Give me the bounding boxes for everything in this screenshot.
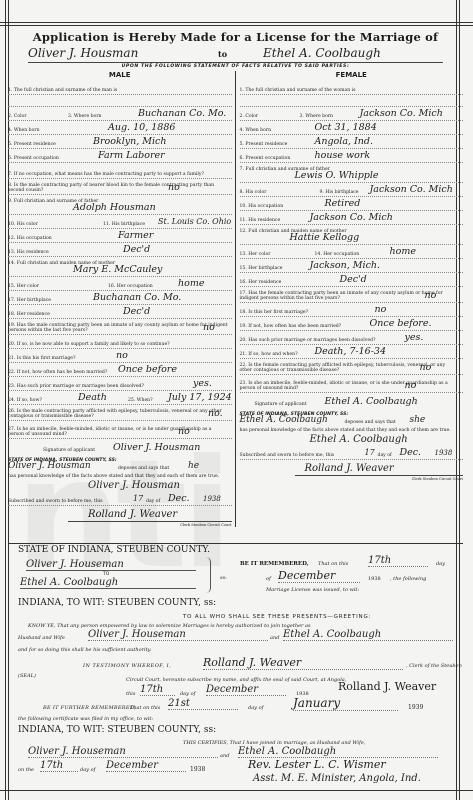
on-the-label: on the — [18, 767, 34, 773]
field-number: 20. — [8, 342, 15, 347]
field-label: When born — [245, 128, 271, 133]
field-label: His color — [245, 190, 266, 195]
field-value: Buchanan Co. Mo. — [138, 109, 226, 119]
field-label: Has such prior marriage or marriages bee… — [248, 338, 375, 343]
field-label: Has the female contracting party been an… — [240, 291, 443, 301]
field-times-married: 22. If not, how often has he been marrie… — [8, 364, 232, 377]
section-divider — [8, 543, 463, 544]
field-disease: 22. Is the female contracting party affl… — [240, 360, 464, 375]
field-mother: 12. Full christian and maiden name of mo… — [240, 226, 464, 245]
field-number: 13. — [8, 250, 15, 255]
and-label: and — [270, 635, 279, 641]
pronoun: he — [188, 463, 199, 469]
field-number: 4. — [8, 128, 12, 133]
border-line — [0, 22, 473, 23]
field-label: Is this her first marriage? — [248, 310, 308, 315]
field-value: home — [390, 247, 416, 257]
field-label: His residence — [248, 218, 280, 223]
sworn-day: 17 — [365, 448, 375, 458]
field-label: Her residence — [248, 280, 281, 285]
filed-year: 1939 — [408, 704, 423, 711]
filed-month: January — [293, 696, 398, 711]
license-issued-text: Marriage License was issued, to wit: — [266, 587, 359, 593]
day-of-label: day of — [248, 705, 263, 711]
female-heading: FEMALE — [240, 71, 464, 82]
field-value: Angola, Ind. — [315, 137, 374, 147]
field-value: Once before. — [370, 319, 432, 329]
field-number: 25. — [128, 398, 135, 403]
border-line — [0, 790, 473, 791]
field-number: 6. — [240, 156, 244, 161]
field-label: The full christian and surname of the wo… — [245, 88, 355, 93]
clerk-of-text: , Clerk of the Steuben — [406, 663, 462, 669]
to-wit-heading: INDIANA, TO WIT: STEUBEN COUNTY, ss: — [18, 598, 216, 608]
field-number: 11. — [103, 222, 110, 227]
field-number: 18. — [240, 310, 247, 315]
field-label: Present residence — [14, 142, 56, 147]
field-label: Present occupation — [14, 156, 59, 161]
field-label: Is she an imbecile, feeble-minded, idiot… — [240, 381, 448, 391]
license-bride: Ethel A. Coolbaugh — [20, 577, 196, 589]
field-her-birthplace: 17. Her birthplace Buchanan Co. Mo. — [8, 292, 232, 305]
authority-text: and for so doing this shall be his suffi… — [18, 647, 151, 653]
clerk-signature: Rolland J. Weaver — [88, 510, 177, 520]
married-month: December — [106, 760, 186, 772]
field-label: If not, how often has he been married? — [17, 370, 108, 375]
field-her-color-occupation: 13. Her color 14. Her occupation home — [240, 246, 464, 259]
sworn-row: Subscribed and sworn to before me, this … — [240, 447, 464, 460]
bride-name: Ethel A. Coolbaugh — [263, 46, 381, 60]
remembered-label: BE IT REMEMBERED, — [240, 561, 309, 567]
husband-wife-label: Husband and Wife — [18, 635, 65, 641]
this-label: this — [126, 691, 135, 697]
field-number: 9. — [320, 190, 324, 195]
married-year: 1938 — [190, 766, 205, 773]
greeting: TO ALL WHO SHALL SEE THESE PRESENTS—GREE… — [183, 614, 371, 620]
field-residence: 5. Present residence Angola, Ind. — [240, 136, 464, 149]
field-value: Dec'd — [123, 307, 150, 317]
field-value: Hattie Kellogg — [290, 233, 360, 243]
field-label: Color — [14, 114, 27, 119]
field-her-residence: 18. Her residence Dec'd — [8, 306, 232, 319]
sworn-year: 1938 — [435, 448, 453, 458]
field-dissolved: 20. Has such prior marriage or marriages… — [240, 332, 464, 345]
field-number: 10. — [240, 204, 247, 209]
field-value: Brooklyn, Mich — [93, 137, 167, 147]
field-number: 24. — [8, 398, 15, 403]
to-label: to — [218, 49, 227, 59]
sworn-year: 1938 — [203, 494, 221, 504]
field-label: Her birthplace — [248, 266, 282, 271]
field-value: yes. — [193, 379, 212, 389]
field-label: Is the female contracting party afflicte… — [240, 363, 446, 373]
field-label: If not, how often has she been married? — [248, 324, 341, 329]
field-label: Where born — [74, 114, 102, 119]
license-groom: Oliver J. Houseman — [26, 559, 196, 571]
field-label: His occupation — [17, 236, 52, 241]
field-value: Adolph Housman — [73, 203, 156, 213]
field-her-color-occupation: 15. Her color 16. Her occupation home — [8, 278, 232, 291]
field-label: His birthplace — [112, 222, 145, 227]
field-value: Dec'd — [340, 275, 367, 285]
deposition: Ethel A. Coolbaugh deposes and says that… — [240, 417, 464, 447]
field-value: Retired — [325, 199, 361, 209]
field-his-residence: 11. His residence Jackson Co. Mich — [240, 212, 464, 225]
field-value: no — [425, 291, 437, 301]
clerk-signature-row: Rolland J. Weaver — [295, 461, 464, 476]
field-label: Color — [245, 114, 258, 119]
field-number: 12. — [8, 236, 15, 241]
field-number: 16. — [108, 284, 115, 289]
field-times-married: 19. If not, how often has she been marri… — [240, 318, 464, 331]
field-first-marriage: 18. Is this her first marriage? no — [240, 304, 464, 317]
field-how-when: 24. If so, how? Death 25. When? July 17,… — [8, 392, 232, 405]
field-number: 16. — [240, 280, 247, 285]
field-number: 13. — [240, 252, 247, 257]
document-title: Application is Hereby Made for a License… — [8, 30, 463, 44]
certificate-husband: Oliver J. Houseman — [28, 746, 218, 758]
field-dissolved: 23. Has such prior marriage or marriages… — [8, 378, 232, 391]
applicant-signature: Oliver J. Housman — [113, 443, 200, 453]
field-number: 2. — [240, 114, 244, 119]
marriage-application: Application is Hereby Made for a License… — [8, 28, 463, 527]
field-label: Her color — [17, 284, 39, 289]
field-value: no — [116, 351, 128, 361]
sworn-text: Subscribed and sworn to before me, this — [8, 499, 103, 504]
field-label: His birthplace — [325, 190, 358, 195]
license-wife: Ethel A. Coolbaugh — [283, 629, 453, 641]
field-his-residence: 13. His residence Dec'd — [8, 244, 232, 257]
field-number: 21. — [8, 356, 15, 361]
sworn-text: Subscribed and sworn to before me, this — [240, 453, 335, 458]
field-value: Jackson Co. Mich — [310, 213, 393, 223]
field-label: Her occupation — [117, 284, 153, 289]
field-label: Has the male contracting party been an i… — [8, 323, 228, 333]
field-label: Her residence — [17, 312, 50, 317]
field-value: Jackson Co. Mich — [360, 109, 443, 119]
state-heading: STATE OF INDIANA, STEUBEN COUNTY. — [18, 545, 210, 555]
field-value: yes. — [405, 333, 424, 343]
female-column: FEMALE 1. The full christian and surname… — [236, 71, 464, 527]
field-occupation: 6. Present occupation Farm Laborer — [8, 150, 232, 163]
day-of: day of — [378, 453, 392, 458]
field-label: Is the male contracting party of nearer … — [8, 183, 214, 193]
field-father: 9. Full christian and surname of father … — [8, 196, 232, 215]
field-occupation: 6. Present occupation house work — [240, 150, 464, 163]
sworn-row: Subscribed and sworn to before me, this … — [8, 493, 232, 506]
sworn-month: Dec. — [400, 448, 422, 458]
field-how-when: 21. If so, how and when? Death, 7-16-34 — [240, 346, 464, 359]
following-text: , the following — [390, 576, 426, 582]
field-value: Buchanan Co. Mo. — [93, 293, 181, 303]
field-value: no — [375, 305, 387, 315]
field-his-color-birthplace: 10. His color 11. His birthplace St. Lou… — [8, 216, 232, 229]
field-value: no — [168, 183, 180, 193]
deposition: Oliver J. Housman deposes and says that … — [8, 463, 232, 493]
further-text: That on this — [130, 705, 160, 711]
field-unsound: 23. Is she an imbecile, feeble-minded, i… — [240, 376, 464, 393]
clerk-signature-row: Rolland J. Weaver — [68, 507, 232, 522]
married-day: 17th — [40, 760, 78, 772]
signature-label: Signature of applicant — [43, 448, 95, 453]
field-number: 20. — [240, 338, 247, 343]
field-residence: 5. Present residence Brooklyn, Mich — [8, 136, 232, 149]
sign-month: December — [206, 684, 286, 696]
field-label: Her color — [248, 252, 270, 257]
field-label: If so, how? — [17, 398, 42, 403]
field-label: His color — [17, 222, 38, 227]
blank-line — [240, 96, 464, 107]
field-label: If no occupation, what means has the mal… — [14, 172, 204, 177]
clerk-signature: Rolland J. Weaver — [305, 464, 394, 474]
field-color-birthplace: 2. Color 3. Where born Buchanan Co. Mo. — [8, 108, 232, 121]
field-value: Farmer — [118, 231, 153, 241]
sworn-month: Dec. — [168, 494, 190, 504]
border-line — [5, 0, 6, 800]
field-color-birthplace: 2. Color 3. Where born Jackson Co. Mich — [240, 108, 464, 121]
field-man-name: 1. The full christian and surname of the… — [8, 82, 232, 95]
field-first-marriage: 21. Is this his first marriage? no — [8, 350, 232, 363]
deponent-signature: Oliver J. Housman — [88, 483, 180, 489]
field-value: Aug. 10, 1886 — [108, 123, 175, 133]
field-value: Once before — [118, 365, 177, 375]
field-number: 15. — [8, 284, 15, 289]
field-father: 7. Full christian and surname of father … — [240, 164, 464, 183]
issue-month: December — [278, 569, 360, 583]
field-asylum: 17. Has the female contracting party bee… — [240, 288, 464, 303]
court-text: Circuit Court, hereunto subscribe my nam… — [126, 677, 346, 683]
field-number: 17. — [8, 298, 15, 303]
field-number: 2. — [8, 114, 12, 119]
clerk-title: Clerk Steuben Circuit Court — [8, 523, 232, 527]
field-value: no — [420, 363, 432, 373]
seal-label: (SEAL) — [18, 673, 36, 679]
field-label: Her occupation — [323, 252, 359, 257]
field-number: 14. — [315, 252, 322, 257]
deponent-name: Oliver J. Housman — [8, 463, 91, 469]
border-line — [0, 25, 473, 26]
field-value: no. — [208, 409, 223, 419]
field-number: 14. — [8, 261, 15, 266]
pronoun: she — [410, 417, 426, 423]
field-number: 3. — [300, 114, 304, 119]
field-label: Has such prior marriage or marriages bee… — [17, 384, 144, 389]
officiant-title: Asst. M. E. Minister, Angola, Ind. — [253, 773, 421, 784]
field-value: home — [178, 279, 204, 289]
field-number: 10. — [8, 222, 15, 227]
field-label: His residence — [17, 250, 49, 255]
field-number: 15. — [240, 266, 247, 271]
certificate-wife: Ethel A. Coolbaugh — [238, 746, 438, 758]
field-number: 12. — [240, 229, 247, 234]
male-column: MALE 1. The full christian and surname o… — [8, 71, 236, 527]
field-number: 1. — [8, 88, 12, 93]
remembered-text: That on this — [318, 561, 348, 567]
field-value: Lewis O. Whipple — [295, 171, 379, 181]
field-unsound: 27. Is he an imbecile, feeble-minded, id… — [8, 422, 232, 439]
field-support: 7. If no occupation, what means has the … — [8, 164, 232, 179]
field-label: His occupation — [248, 204, 283, 209]
signature-row: Signature of applicant Oliver J. Housman — [8, 440, 232, 454]
field-label: When? — [137, 398, 153, 403]
field-asylum: 19. Has the male contracting party been … — [8, 320, 232, 335]
field-label: If so, how and when? — [248, 352, 297, 357]
sworn-day: 17 — [133, 494, 143, 504]
filed-text: the following certificate was filed in m… — [18, 716, 153, 722]
ss-label: ss: — [220, 575, 227, 581]
field-mother: 14. Full christian and maiden name of mo… — [8, 258, 232, 277]
field-number: 5. — [240, 142, 244, 147]
field-number: 4. — [240, 128, 244, 133]
applicant-signature: Ethel A. Coolbaugh — [325, 397, 418, 407]
field-number: 19. — [240, 324, 247, 329]
field-number: 1. — [240, 88, 244, 93]
day-of-label: day of — [180, 691, 195, 697]
field-value: Dec'd — [123, 245, 150, 255]
parties-line: Oliver J. Housman to Ethel A. Coolbaugh — [28, 44, 443, 63]
field-number: 7. — [8, 172, 12, 177]
field-value: July 17, 1924 — [168, 393, 232, 403]
groom-name: Oliver J. Housman — [28, 46, 138, 60]
field-value: Jackson, Mich. — [310, 261, 381, 271]
field-her-residence: 16. Her residence Dec'd — [240, 274, 464, 287]
field-label: Is this his first marriage? — [17, 356, 76, 361]
field-his-color-birthplace: 8. His color 9. His birthplace Jackson C… — [240, 184, 464, 197]
field-number: 6. — [8, 156, 12, 161]
signature-label: Signature of applicant — [255, 402, 307, 407]
field-value: Farm Laborer — [98, 151, 165, 161]
field-label: Where born — [305, 114, 333, 119]
deponent-signature: Ethel A. Coolbaugh — [310, 437, 408, 443]
field-when-born: 4. When born Aug. 10, 1886 — [8, 122, 232, 135]
field-value: Death — [78, 393, 107, 403]
field-label: If so, is he now able to support a famil… — [17, 342, 170, 347]
of-label: of — [266, 576, 271, 582]
testimony-text: IN TESTIMONY WHEREOF, I, — [83, 663, 171, 669]
field-when-born: 4. When born Oct 31, 1884 — [240, 122, 464, 135]
day-of-label: day of — [80, 767, 95, 773]
depose-text: deposes and says that — [118, 466, 169, 472]
day-of: day of — [146, 499, 160, 504]
field-blood-kin: 8. Is the male contracting party of near… — [8, 180, 232, 195]
field-number: 7. — [240, 167, 244, 172]
and-label: and — [220, 753, 229, 759]
field-value: Death, 7-16-34 — [315, 347, 387, 357]
male-heading: MALE — [8, 71, 232, 82]
clerk-name: Rolland J. Weaver — [203, 656, 403, 670]
officiant-name: Rev. Lester L. C. Wismer — [248, 758, 386, 771]
field-number: 9. — [8, 199, 12, 204]
field-number: 11. — [240, 218, 247, 223]
field-number: 21. — [240, 352, 247, 357]
clerk-title: Clerk Steuben Circuit Court — [240, 477, 464, 481]
field-number: 18. — [8, 312, 15, 317]
license-section: STATE OF INDIANA, STEUBEN COUNTY. Oliver… — [8, 545, 463, 790]
field-label: When born — [14, 128, 40, 133]
field-label: The full christian and surname of the ma… — [14, 88, 117, 93]
field-value: Mary E. McCauley — [73, 265, 162, 275]
field-label: Present occupation — [245, 156, 290, 161]
field-value: no — [405, 381, 417, 391]
field-value: no — [203, 323, 215, 333]
subtitle: UPON THE FOLLOWING STATEMENT OF FACTS RE… — [8, 64, 463, 69]
field-value: no — [178, 427, 190, 437]
field-value: Jackson Co. Mich — [370, 185, 453, 195]
field-disease: 26. Is the male contracting party afflic… — [8, 406, 232, 421]
field-number: 22. — [8, 370, 15, 375]
field-value: house work — [315, 151, 371, 161]
deponent-name: Ethel A. Coolbaugh — [240, 417, 328, 423]
field-his-occupation: 10. His occupation Retired — [240, 198, 464, 211]
issue-year: 1938 — [368, 576, 381, 582]
field-support-continue: 20. If so, is he now able to support a f… — [8, 336, 232, 349]
license-husband: Oliver J. Houseman — [88, 629, 268, 641]
to-wit-heading: INDIANA, TO WIT: STEUBEN COUNTY, ss: — [18, 725, 216, 735]
field-value: Oct 31, 1884 — [315, 123, 377, 133]
further-label: BE IT FURTHER REMEMBERED, — [43, 705, 136, 711]
day-label: day — [436, 561, 445, 567]
field-value: St. Louis Co. Ohio — [158, 217, 231, 227]
field-label: Is the male contracting party afflicted … — [8, 409, 222, 419]
field-number: 23. — [8, 384, 15, 389]
field-number: 8. — [240, 190, 244, 195]
depose-text: deposes and says that — [345, 420, 396, 426]
issue-day: 17th — [368, 555, 428, 567]
field-number: 5. — [8, 142, 12, 147]
field-label: Her birthplace — [17, 298, 51, 303]
clerk-signature: Rolland J. Weaver — [338, 680, 436, 693]
signature-row: Signature of applicant Ethel A. Coolbaug… — [240, 394, 464, 408]
field-his-occupation: 12. His occupation Farmer — [8, 230, 232, 243]
field-label: Present residence — [245, 142, 287, 147]
sign-day: 17th — [140, 684, 175, 696]
field-woman-name: 1. The full christian and surname of the… — [240, 82, 464, 95]
filed-day: 21st — [168, 698, 238, 710]
blank-line — [8, 96, 232, 107]
field-number: 3. — [68, 114, 72, 119]
field-her-birthplace: 15. Her birthplace Jackson, Mich. — [240, 260, 464, 273]
bracket — [206, 557, 211, 593]
